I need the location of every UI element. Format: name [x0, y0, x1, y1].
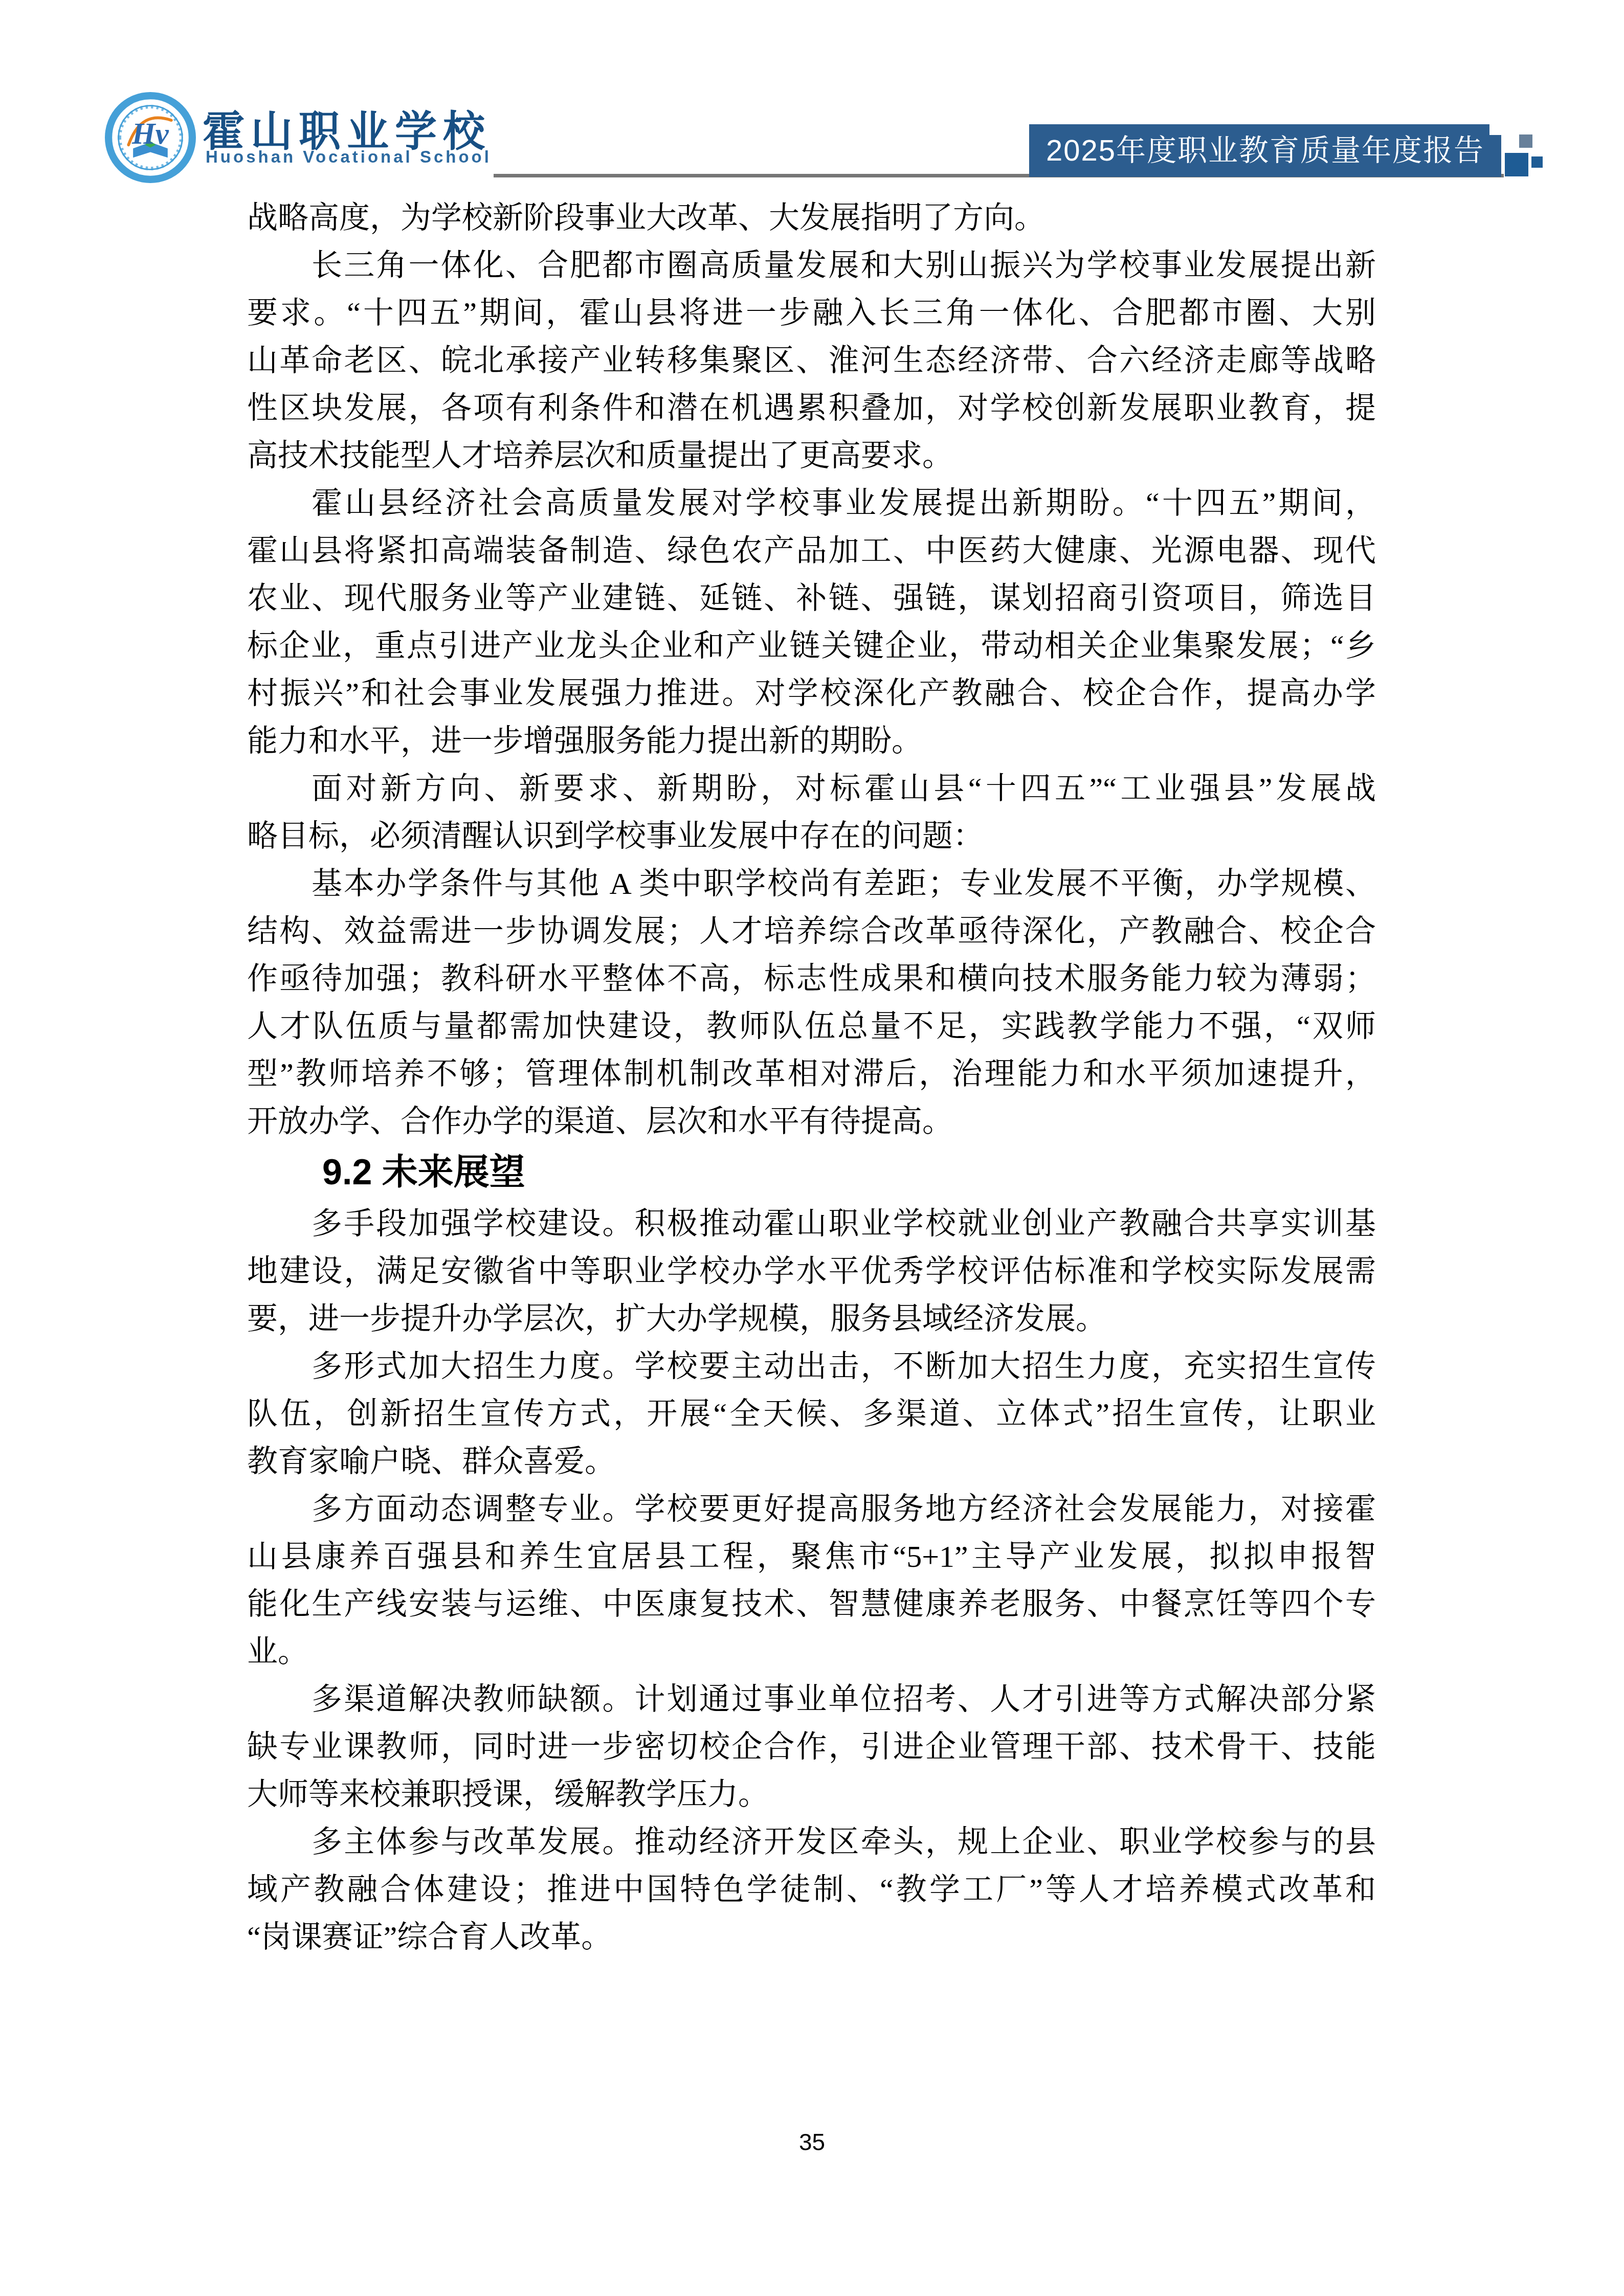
body-line: 战略高度，为学校新阶段事业大改革、大发展指明了方向。	[247, 194, 1376, 242]
body-line: 能力和水平，进一步增强服务能力提出新的期盼。	[247, 717, 1376, 765]
body-line: 高技术技能型人才培养层次和质量提出了更高要求。	[247, 432, 1376, 480]
report-title-banner: 2025年度职业教育质量年度报告	[1029, 124, 1501, 177]
body-line: 队伍，创新招生宣传方式，开展“全天候、多渠道、立体式”招生宣传，让职业	[247, 1390, 1376, 1438]
body-line: 域产教融合体建设；推进中国特色学徒制、“教学工厂”等人才培养模式改革和	[247, 1866, 1376, 1914]
page-number: 35	[0, 2128, 1624, 2156]
body-line: 业。	[247, 1628, 1376, 1676]
body-line: 多主体参与改革发展。推动经济开发区牵头，规上企业、职业学校参与的县	[247, 1818, 1376, 1866]
body-line: 霍山县经济社会高质量发展对学校事业发展提出新期盼。“十四五”期间，	[247, 480, 1376, 527]
body-line: 长三角一体化、合肥都市圈高质量发展和大别山振兴为学校事业发展提出新	[247, 242, 1376, 289]
body-line: 型”教师培养不够；管理体制机制改革相对滞后，治理能力和水平须加速提升，	[247, 1050, 1376, 1098]
body-line: 标企业，重点引进产业龙头企业和产业链关键企业，带动相关企业集聚发展；“乡	[247, 622, 1376, 670]
paragraphs-before-heading: 战略高度，为学校新阶段事业大改革、大发展指明了方向。长三角一体化、合肥都市圈高质…	[0, 194, 1624, 1145]
body-line: 教育家喻户晓、群众喜爱。	[247, 1438, 1376, 1485]
body-line: 要求。“十四五”期间，霍山县将进一步融入长三角一体化、合肥都市圈、大别	[247, 289, 1376, 337]
body-line: 山革命老区、皖北承接产业转移集聚区、淮河生态经济带、合六经济走廊等战略	[247, 337, 1376, 385]
body-line: 开放办学、合作办学的渠道、层次和水平有待提高。	[247, 1098, 1376, 1145]
banner-deco-square-gray	[1519, 134, 1532, 148]
body-line: 性区块发展，各项有利条件和潜在机遇累积叠加，对学校创新发展职业教育，提	[247, 385, 1376, 432]
logo-monogram: Hv	[131, 117, 169, 150]
page-header: Hv 霍山职业学校 Huoshan Vocational School 2025…	[0, 0, 1624, 215]
body-line: 多渠道解决教师缺额。计划通过事业单位招考、人才引进等方式解决部分紧	[247, 1676, 1376, 1723]
section-heading: 9.2 未来展望	[247, 1145, 1624, 1200]
body-line: 缺专业课教师，同时进一步密切校企合作，引进企业管理干部、技术骨干、技能	[247, 1723, 1376, 1771]
body-line: 面对新方向、新要求、新期盼，对标霍山县“十四五”“工业强县”发展战	[247, 765, 1376, 813]
school-logo-icon: Hv	[105, 92, 196, 183]
body-line: 多方面动态调整专业。学校要更好提高服务地方经济社会发展能力，对接霍	[247, 1485, 1376, 1533]
body-line: 村振兴”和社会事业发展强力推进。对学校深化产教融合、校企合作，提高办学	[247, 670, 1376, 717]
paragraphs-after-heading: 多手段加强学校建设。积极推动霍山职业学校就业创业产教融合共享实训基地建设，满足安…	[0, 1200, 1624, 1961]
report-page: { "header": { "school_name": "霍山职业学校", "…	[0, 0, 1624, 2296]
body-line: 多形式加大招生力度。学校要主动出击，不断加大招生力度，充实招生宣传	[247, 1343, 1376, 1390]
body-line: 能化生产线安装与运维、中医康复技术、智慧健康养老服务、中餐烹饪等四个专	[247, 1581, 1376, 1628]
body-line: “岗课赛证”综合育人改革。	[247, 1914, 1376, 1961]
body-line: 山县康养百强县和养生宜居县工程，聚焦市“5+1”主导产业发展，拟拟申报智	[247, 1533, 1376, 1581]
document-body: 战略高度，为学校新阶段事业大改革、大发展指明了方向。长三角一体化、合肥都市圈高质…	[0, 194, 1624, 1961]
body-line: 地建设，满足安徽省中等职业学校办学水平优秀学校评估标准和学校实际发展需	[247, 1248, 1376, 1295]
body-line: 农业、现代服务业等产业建链、延链、补链、强链，谋划招商引资项目，筛选目	[247, 575, 1376, 622]
body-line: 基本办学条件与其他 A 类中职学校尚有差距；专业发展不平衡，办学规模、	[247, 860, 1376, 908]
body-line: 大师等来校兼职授课，缓解教学压力。	[247, 1771, 1376, 1818]
banner-corner-notch	[1489, 114, 1508, 135]
banner-deco-square-small	[1531, 156, 1543, 168]
body-line: 多手段加强学校建设。积极推动霍山职业学校就业创业产教融合共享实训基	[247, 1200, 1376, 1248]
banner-deco-square-large	[1505, 153, 1528, 176]
body-line: 作亟待加强；教科研水平整体不高，标志性成果和横向技术服务能力较为薄弱；	[247, 955, 1376, 1003]
body-line: 人才队伍质与量都需加快建设，教师队伍总量不足，实践教学能力不强，“双师	[247, 1003, 1376, 1050]
body-line: 略目标，必须清醒认识到学校事业发展中存在的问题：	[247, 813, 1376, 860]
body-line: 霍山县将紧扣高端装备制造、绿色农产品加工、中医药大健康、光源电器、现代	[247, 527, 1376, 575]
school-name-en: Huoshan Vocational School	[206, 147, 492, 167]
body-line: 结构、效益需进一步协调发展；人才培养综合改革亟待深化，产教融合、校企合	[247, 908, 1376, 955]
body-line: 要，进一步提升办学层次，扩大办学规模，服务县域经济发展。	[247, 1295, 1376, 1343]
